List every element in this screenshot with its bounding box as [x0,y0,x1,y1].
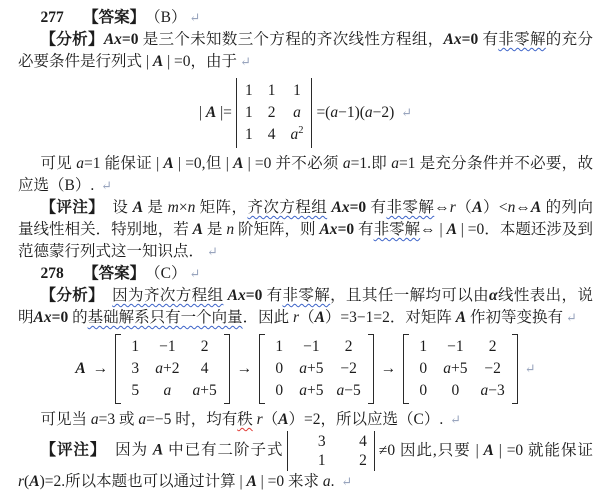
return-mark: ↵ [522,358,536,380]
text-segment: | =0 来求 [257,473,323,490]
text-segment: （ [263,411,279,428]
text-segment: | =0，由于 [163,53,237,70]
matrix-grid: 1−120a+5−200a−3 [409,334,512,404]
text-segment: 【答案】 [83,265,137,282]
text-segment: 设 [96,199,132,216]
text-segment: 【评注】 [40,442,98,459]
matrix-cell: −1 [159,336,176,358]
problem-278-conclusion: 可见当 a=3 或 a=−5 时，均有秩 r（A）=2，所以应选（C）. ↵ [18,409,593,431]
text-segment: =−5 时，均有 [146,411,237,428]
text-segment: a [76,155,84,172]
text-segment: =0 [246,287,263,304]
formula-prefix: | A |= [199,102,232,124]
matrix-cell: 1 [245,80,253,102]
formula-suffix: =(a−1)(a−2) ↵ [316,102,412,124]
text-segment: ）=3−1=2．对矩阵 [325,309,456,326]
text-segment: =( [316,104,330,121]
text-segment: 是三个未知数三个方程的齐次线性方程组， [139,31,444,48]
text-segment: Ax [104,31,122,48]
matrix-3: 1−120a+5−200a−3 [403,334,518,404]
matrix-cell: a−5 [336,380,360,402]
text-segment: Ax [444,31,462,48]
text-segment: Ax [228,287,246,304]
text-segment [96,287,112,304]
text-segment: A [133,199,143,216]
matrix-cell: a [293,102,301,124]
return-mark: ↵ [563,310,577,325]
text-segment: 非零解 [386,199,434,216]
determinant-2x2: 3412 [287,431,374,471]
text-segment: A [75,360,85,377]
text-segment: （ [456,199,472,216]
text-segment: 277 [40,9,63,26]
text-segment: A [153,442,163,459]
text-segment: 非零解 [498,31,546,48]
text-segment: A [206,104,216,121]
text-segment: A [447,221,457,238]
return-mark: ↵ [522,361,536,376]
matrix-cell: 1 [128,336,142,358]
text-segment: 【答案】 [83,9,137,26]
text-segment: ）=2，所以应选（C）. [289,411,448,428]
text-segment: A [531,199,541,216]
text-segment [64,9,83,26]
matrix-cell: 0 [448,380,462,402]
text-segment: a [91,411,99,428]
text-segment: ⇔ [434,199,450,216]
matrix-cell: 0 [416,358,430,380]
text-segment: 中已有二阶子式 [163,442,283,459]
text-segment: =0 [462,31,479,48]
arrow-right-icon: → [93,358,109,380]
matrix-cell: 1 [295,451,325,470]
text-segment: α [489,287,498,304]
text-segment: 作初等变换有 [466,309,563,326]
return-mark: ↵ [237,54,251,69]
text-segment: A [29,473,39,490]
matrix-cell: 0 [416,380,430,402]
text-segment: 【分析】 [40,287,96,304]
text-segment: 齐次方程组 [247,199,327,216]
matrix-cell: 4 [198,358,212,380]
text-segment: ⇔ | [420,221,446,238]
arrow-right-icon: → [237,358,253,380]
text-segment: 【评注】 [40,199,96,216]
text-segment: 基础解系只有一个向量 [88,309,243,326]
determinant-3x3: 11112a14a2 [236,78,313,148]
matrix-cell: 4 [337,432,367,451]
bracket-right [512,334,518,404]
text-segment: | =0 并不必须 [243,155,342,172]
text-segment: （C） [137,265,186,282]
text-segment: a [323,473,331,490]
text-segment: 有 [366,199,386,216]
matrix-cell: 1 [416,336,430,358]
text-segment: m [168,199,179,216]
text-segment: =0 [52,309,69,326]
text-segment: |= [216,104,232,121]
text-segment: 矩阵， [195,199,247,216]
text-segment: A [278,411,288,428]
return-mark: ↵ [98,178,112,193]
text-segment: a [343,155,351,172]
text-segment: −1)( [338,104,365,121]
text-segment: =1 能保证 | [84,155,163,172]
text-segment: ⇔ [515,199,531,216]
text-segment: 【分析】 [40,31,103,48]
return-mark: ↵ [186,10,200,25]
determinant-formula-277: | A |= 11112a14a2 =(a−1)(a−2) ↵ [18,78,593,148]
text-segment: )=2.所以本题也可以通过计算 | [40,473,247,490]
matrix-cell: 0 [272,380,286,402]
text-segment: =0 [122,31,139,48]
matrix-cell: 1 [272,336,286,358]
matrix-cell: −2 [484,358,501,380]
text-segment: ，且其任一解均可以由 [330,287,489,304]
matrix-cell: a+5 [299,380,323,402]
text-segment: 有 [262,287,282,304]
text-segment: （B） [137,9,186,26]
arrow-right-icon: → [381,358,397,380]
text-segment: A [315,309,325,326]
return-mark: ↵ [204,244,218,259]
matrix-1: 1−123a+245aa+5 [115,334,230,404]
text-segment: A [456,309,466,326]
matrix-cell: a2 [290,124,303,146]
matrix-cell: 2 [337,451,367,470]
matrix-cell: a+2 [155,358,179,380]
text-segment: （ [299,309,315,326]
text-segment: 秩 [237,411,253,428]
return-mark: ↵ [398,105,412,120]
matrix-cell: a+5 [443,358,467,380]
text-segment: a [138,411,146,428]
matrix-cell: −1 [447,336,464,358]
text-segment: | [199,104,206,121]
matrix-cell: 0 [272,358,286,380]
text-segment [64,265,83,282]
text-segment: A [472,199,482,216]
matrix-cell: 5 [128,380,142,402]
matrix-cell: 1 [245,102,253,124]
matrix-grid: 1−120a+5−20a+5a−5 [265,334,368,404]
matrix-cell: a [160,380,174,402]
text-segment: Ax [34,309,52,326]
matrix-cell: 2 [268,102,276,124]
text-segment: n [226,221,234,238]
document-page: 277 【答案】 （B）↵ 【分析】Ax=0 是三个未知数三个方程的齐次线性方程… [0,0,606,500]
text-segment: Ax [319,221,337,238]
return-mark: ↵ [338,474,352,489]
return-mark: ↵ [447,412,461,427]
problem-277-note: 【评注】 设 A 是 m×n 矩阵，齐次方程组 Ax=0 有非零解⇔r（A）<n… [18,197,593,263]
problem-278-answer-line: 278 【答案】 （C）↵ [18,263,593,285]
matrix-cell: 2 [342,336,356,358]
formula-prefix: A [75,358,85,380]
text-segment: =0 [338,221,355,238]
matrix-transform-row-278: A → 1−123a+245aa+5 → 1−120a+5−20a+5a−5 →… [18,334,593,404]
note-text-before: 【评注】 因为 A 中已有二阶子式 [40,442,283,459]
text-segment: =0 [350,199,367,216]
matrix-cell: 3 [295,432,325,451]
text-segment: A [163,155,173,172]
text-segment: | =0,但 | [174,155,233,172]
matrix-cell: 2 [486,336,500,358]
text-segment: ．因此 [243,309,293,326]
text-segment: 非零解 [283,287,331,304]
text-segment: A [246,473,256,490]
text-segment: 有 [354,221,373,238]
text-segment: ≠0 因此,只要 | [379,442,484,459]
text-segment: ）< [483,199,508,216]
problem-278-analysis: 【分析】 因为齐次方程组 Ax=0 有非零解，且其任一解均可以由α线性表出，说明… [18,285,593,329]
problem-277-answer-line: 277 【答案】 （B）↵ [18,7,593,29]
text-segment: 可见当 [40,411,90,428]
matrix-cell: −2 [340,358,357,380]
text-segment: A [153,53,163,70]
bracket-right [368,334,374,404]
problem-277-analysis: 【分析】Ax=0 是三个未知数三个方程的齐次线性方程组，Ax=0 有非零解的充分… [18,29,593,73]
text-segment: 阶矩阵，则 [234,221,319,238]
matrix-cell: −1 [303,336,320,358]
return-mark: ↵ [186,266,200,281]
matrix-cell: a−3 [480,380,504,402]
text-segment: A [193,221,203,238]
text-segment: =1.即 [351,155,392,172]
bracket-right [224,334,230,404]
text-segment: | =0 就能保证 [494,442,593,459]
text-segment: 因为 [99,442,153,459]
text-segment: 的 [68,309,87,326]
text-segment: 可见 [40,155,76,172]
text-segment: 是 [203,221,226,238]
matrix-cell: 1 [293,80,301,102]
problem-277-conclusion: 可见 a=1 能保证 | A | =0,但 | A | =0 并不必须 a=1.… [18,153,593,197]
text-segment: 非零解 [374,221,421,238]
text-segment: A [484,442,494,459]
matrix-cell: 1 [268,80,276,102]
text-segment: Ax [331,199,349,216]
text-segment: =3 或 [99,411,139,428]
matrix-2: 1−120a+5−20a+5a−5 [259,334,374,404]
matrix-cell: a+5 [192,380,216,402]
matrix-cell: a+5 [299,358,323,380]
text-segment: 是 [143,199,168,216]
text-segment: 因为齐次方程组 [112,287,223,304]
text-segment: −2) [373,104,399,121]
matrix-cell: 1 [245,124,253,146]
matrix-cell: 4 [268,124,276,146]
text-segment: 278 [40,265,63,282]
text-segment: a [365,104,373,121]
text-segment: A [233,155,243,172]
text-segment: × [179,199,188,216]
matrix-grid: 1−123a+245aa+5 [121,334,224,404]
matrix-cell: 3 [128,358,142,380]
text-segment: a [391,155,399,172]
text-segment: 有 [478,31,498,48]
text-segment: a [330,104,338,121]
problem-278-note: 【评注】 因为 A 中已有二阶子式3412≠0 因此,只要 | A | =0 就… [18,431,593,493]
matrix-cell: 2 [198,336,212,358]
